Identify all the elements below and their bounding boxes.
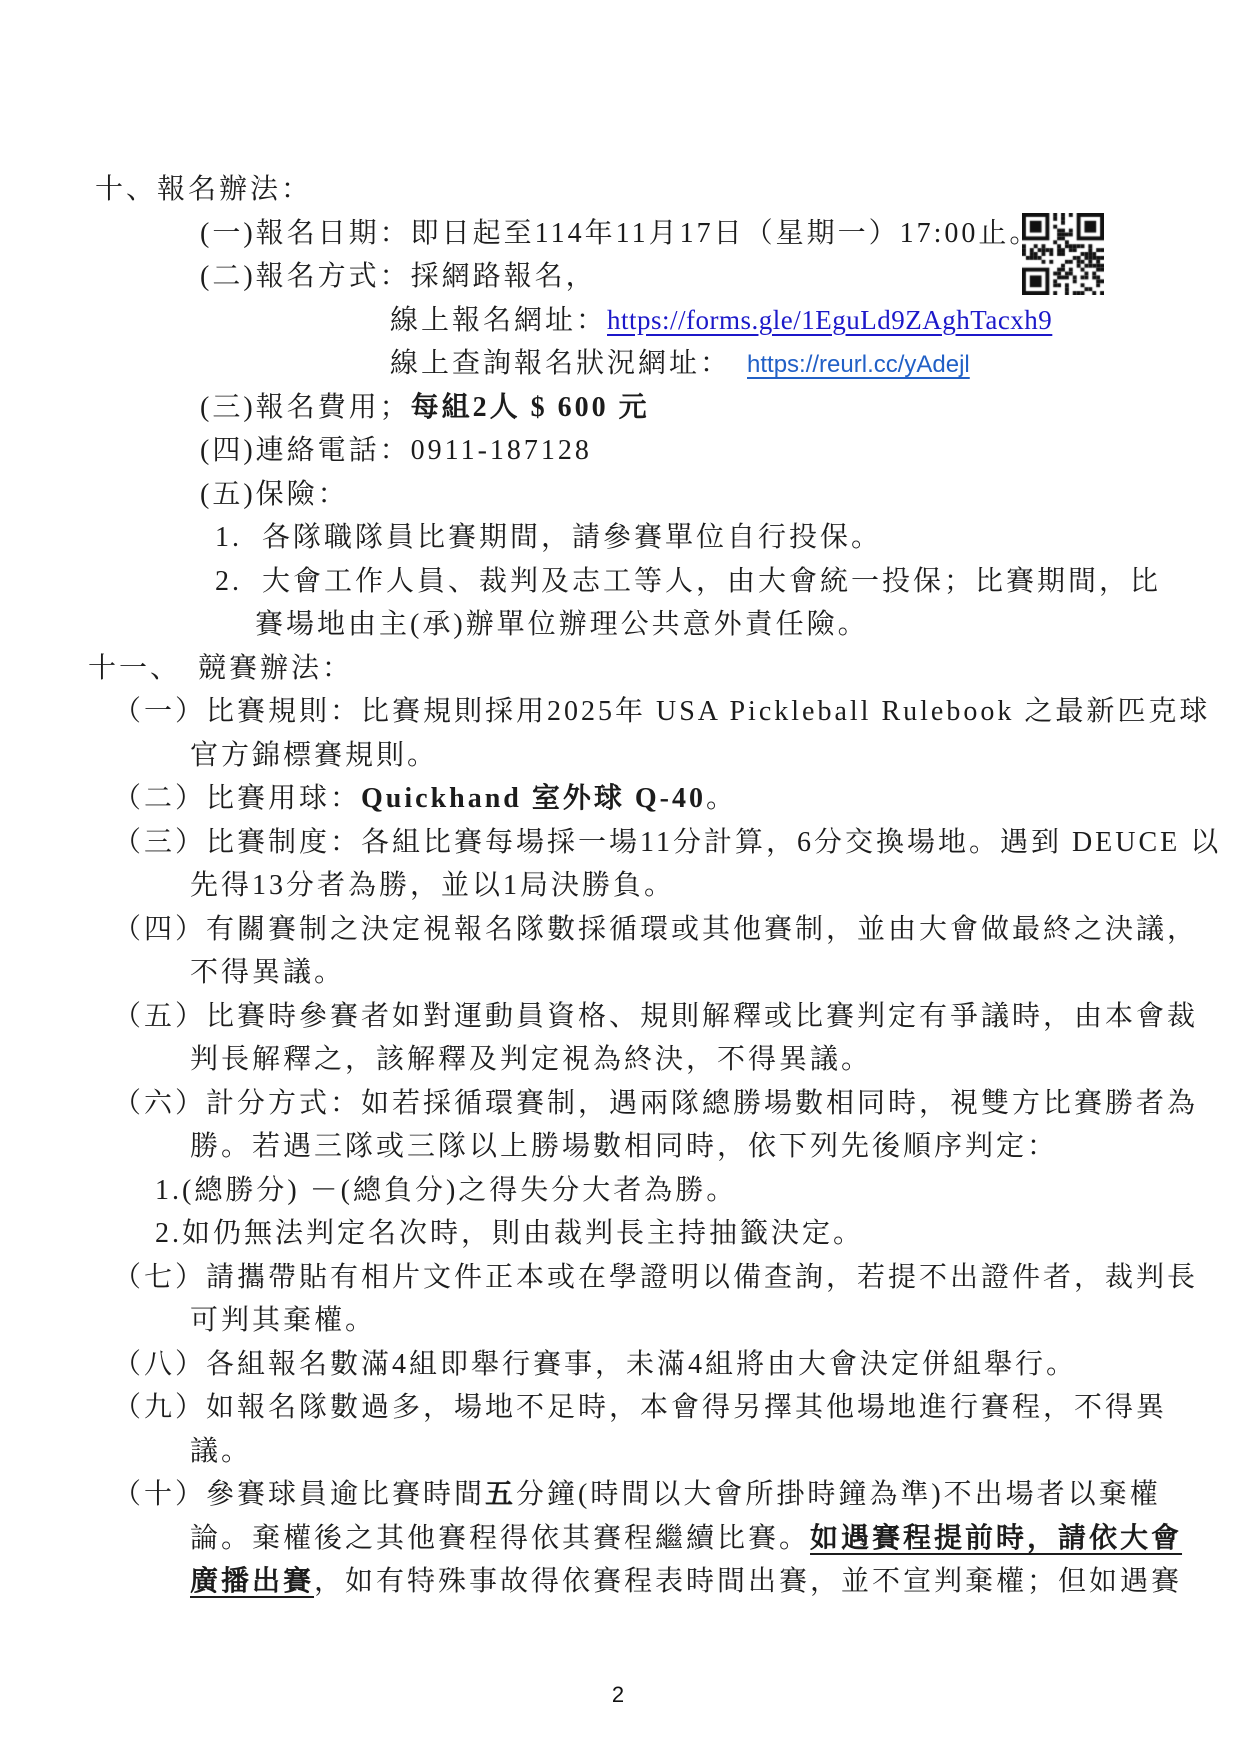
doc-line-13: （一）比賽規則：比賽規則採用2025年 USA Pickleball Ruleb… — [0, 690, 1242, 734]
doc-line-21: 判長解釋之，該解釋及判定視為終決，不得異議。 — [0, 1038, 1242, 1082]
page-number: 2 — [598, 1682, 638, 1708]
text-segment: (四)連絡電話：0911-187128 — [200, 435, 592, 466]
doc-line-29: （九）如報名隊數過多，場地不足時，本會得另擇其他場地進行賽程，不得異 — [0, 1386, 1242, 1430]
hyperlink[interactable]: https://forms.gle/1EguLd9ZAghTacxh9 — [607, 305, 1052, 335]
text-segment: 官方錦標賽規則。 — [190, 740, 438, 771]
text-segment: 判長解釋之，該解釋及判定視為終決，不得異議。 — [190, 1044, 872, 1075]
text-segment: 賽場地由主(承)辦單位辦理公共意外責任險。 — [255, 609, 869, 640]
text-segment: 2.如仍無法判定名次時，則由裁判長主持抽籤決定。 — [155, 1218, 864, 1249]
text-segment: (一)報名日期：即日起至114年11月17日（星期一）17:00止。 — [200, 218, 1040, 249]
doc-line-5: 線上查詢報名狀況網址：https://reurl.cc/yAdejl — [0, 342, 1242, 386]
text-segment: 議。 — [190, 1436, 252, 1467]
text-segment: (二)報名方式：採網路報名， — [200, 261, 597, 292]
text-segment: 廣播出賽 — [190, 1566, 314, 1597]
text-segment: 十一、 競賽辦法： — [88, 653, 353, 684]
doc-line-31: （十）參賽球員逾比賽時間五分鐘(時間以大會所掛時鐘為準)不出場者以棄權 — [0, 1473, 1242, 1517]
text-segment: 五 — [485, 1479, 516, 1510]
doc-line-17: 先得13分者為勝，並以1局決勝負。 — [0, 864, 1242, 908]
text-segment: 可判其棄權。 — [190, 1305, 376, 1336]
doc-line-27: 可判其棄權。 — [0, 1299, 1242, 1343]
text-segment: 1. 各隊職隊員比賽期間，請參賽單位自行投保。 — [215, 522, 882, 553]
doc-line-10: 2. 大會工作人員、裁判及志工等人，由大會統一投保；比賽期間，比 — [0, 560, 1242, 604]
doc-line-11: 賽場地由主(承)辦單位辦理公共意外責任險。 — [0, 603, 1242, 647]
doc-line-16: （三）比賽制度：各組比賽每場採一場11分計算，6分交換場地。遇到 DEUCE 以 — [0, 821, 1242, 865]
text-segment: 每組2人 $ 600 元 — [411, 392, 650, 423]
text-segment: 論。棄權後之其他賽程得依其賽程繼續比賽。 — [190, 1523, 810, 1554]
doc-line-28: （八）各組報名數滿4組即舉行賽事，未滿4組將由大會決定併組舉行。 — [0, 1343, 1242, 1387]
text-segment: (三)報名費用； — [200, 392, 411, 423]
doc-line-24: 1.(總勝分) －(總負分)之得失分大者為勝。 — [0, 1169, 1242, 1213]
text-segment: 線上報名網址： — [390, 305, 607, 336]
text-segment: 線上查詢報名狀況網址： — [390, 348, 731, 379]
text-segment: 不得異議。 — [190, 957, 345, 988]
doc-line-8: (五)保險： — [0, 473, 1242, 517]
doc-line-15: （二）比賽用球：Quickhand 室外球 Q-40。 — [0, 777, 1242, 821]
doc-line-26: （七）請攜帶貼有相片文件正本或在學證明以備查詢，若提不出證件者，裁判長 — [0, 1256, 1242, 1300]
text-segment: （九）如報名隊數過多，場地不足時，本會得另擇其他場地進行賽程，不得異 — [113, 1392, 1167, 1423]
doc-line-33: 廣播出賽，如有特殊事故得依賽程表時間出賽，並不宣判棄權；但如遇賽 — [0, 1560, 1242, 1604]
doc-line-23: 勝。若遇三隊或三隊以上勝場數相同時，依下列先後順序判定： — [0, 1125, 1242, 1169]
doc-line-7: (四)連絡電話：0911-187128 — [0, 429, 1242, 473]
doc-line-30: 議。 — [0, 1430, 1242, 1474]
text-segment: （七）請攜帶貼有相片文件正本或在學證明以備查詢，若提不出證件者，裁判長 — [113, 1262, 1198, 1293]
doc-line-14: 官方錦標賽規則。 — [0, 734, 1242, 778]
text-segment: （十）參賽球員逾比賽時間 — [113, 1479, 485, 1510]
doc-line-20: （五）比賽時參賽者如對運動員資格、規則解釋或比賽判定有爭議時，由本會裁 — [0, 995, 1242, 1039]
text-segment: 1.(總勝分) －(總負分)之得失分大者為勝。 — [155, 1175, 737, 1206]
text-segment: 勝。若遇三隊或三隊以上勝場數相同時，依下列先後順序判定： — [190, 1131, 1058, 1162]
text-segment: （四）有關賽制之決定視報名隊數採循環或其他賽制，並由大會做最終之決議， — [113, 914, 1198, 945]
document-page: 十、報名辦法：(一)報名日期：即日起至114年11月17日（星期一）17:00止… — [0, 0, 1242, 1755]
doc-line-9: 1. 各隊職隊員比賽期間，請參賽單位自行投保。 — [0, 516, 1242, 560]
document-body: 十、報名辦法：(一)報名日期：即日起至114年11月17日（星期一）17:00止… — [0, 168, 1242, 1604]
text-segment: 十、報名辦法： — [95, 174, 312, 205]
doc-line-22: （六）計分方式：如若採循環賽制，遇兩隊總勝場數相同時，視雙方比賽勝者為 — [0, 1082, 1242, 1126]
text-segment: 分鐘(時間以大會所掛時鐘為準)不出場者以棄權 — [516, 1479, 1161, 1510]
text-segment: （八）各組報名數滿4組即舉行賽事，未滿4組將由大會決定併組舉行。 — [113, 1349, 1077, 1380]
text-segment: ，如有特殊事故得依賽程表時間出賽，並不宣判棄權；但如遇賽 — [314, 1566, 1182, 1597]
doc-line-12: 十一、 競賽辦法： — [0, 647, 1242, 691]
qr-code — [1022, 213, 1104, 295]
text-segment: （六）計分方式：如若採循環賽制，遇兩隊總勝場數相同時，視雙方比賽勝者為 — [113, 1088, 1198, 1119]
text-segment: （二）比賽用球： — [113, 783, 361, 814]
text-segment: Quickhand 室外球 Q-40 — [361, 783, 706, 814]
text-segment: 。 — [706, 783, 737, 814]
doc-line-4: 線上報名網址：https://forms.gle/1EguLd9ZAghTacx… — [0, 299, 1242, 343]
text-segment: （一）比賽規則：比賽規則採用2025年 USA Pickleball Ruleb… — [113, 696, 1210, 727]
text-segment: (五)保險： — [200, 479, 349, 510]
doc-line-18: （四）有關賽制之決定視報名隊數採循環或其他賽制，並由大會做最終之決議， — [0, 908, 1242, 952]
doc-line-1: 十、報名辦法： — [0, 168, 1242, 212]
hyperlink[interactable]: https://reurl.cc/yAdejl — [747, 351, 970, 378]
text-segment: 先得13分者為勝，並以1局決勝負。 — [190, 870, 675, 901]
doc-line-19: 不得異議。 — [0, 951, 1242, 995]
text-segment: 2. 大會工作人員、裁判及志工等人，由大會統一投保；比賽期間，比 — [215, 566, 1161, 597]
doc-line-32: 論。棄權後之其他賽程得依其賽程繼續比賽。如遇賽程提前時，請依大會 — [0, 1517, 1242, 1561]
doc-line-25: 2.如仍無法判定名次時，則由裁判長主持抽籤決定。 — [0, 1212, 1242, 1256]
doc-line-6: (三)報名費用；每組2人 $ 600 元 — [0, 386, 1242, 430]
text-segment: （三）比賽制度：各組比賽每場採一場11分計算，6分交換場地。遇到 DEUCE 以 — [113, 827, 1221, 858]
text-segment: （五）比賽時參賽者如對運動員資格、規則解釋或比賽判定有爭議時，由本會裁 — [113, 1001, 1198, 1032]
text-segment: 如遇賽程提前時，請依大會 — [810, 1523, 1182, 1554]
